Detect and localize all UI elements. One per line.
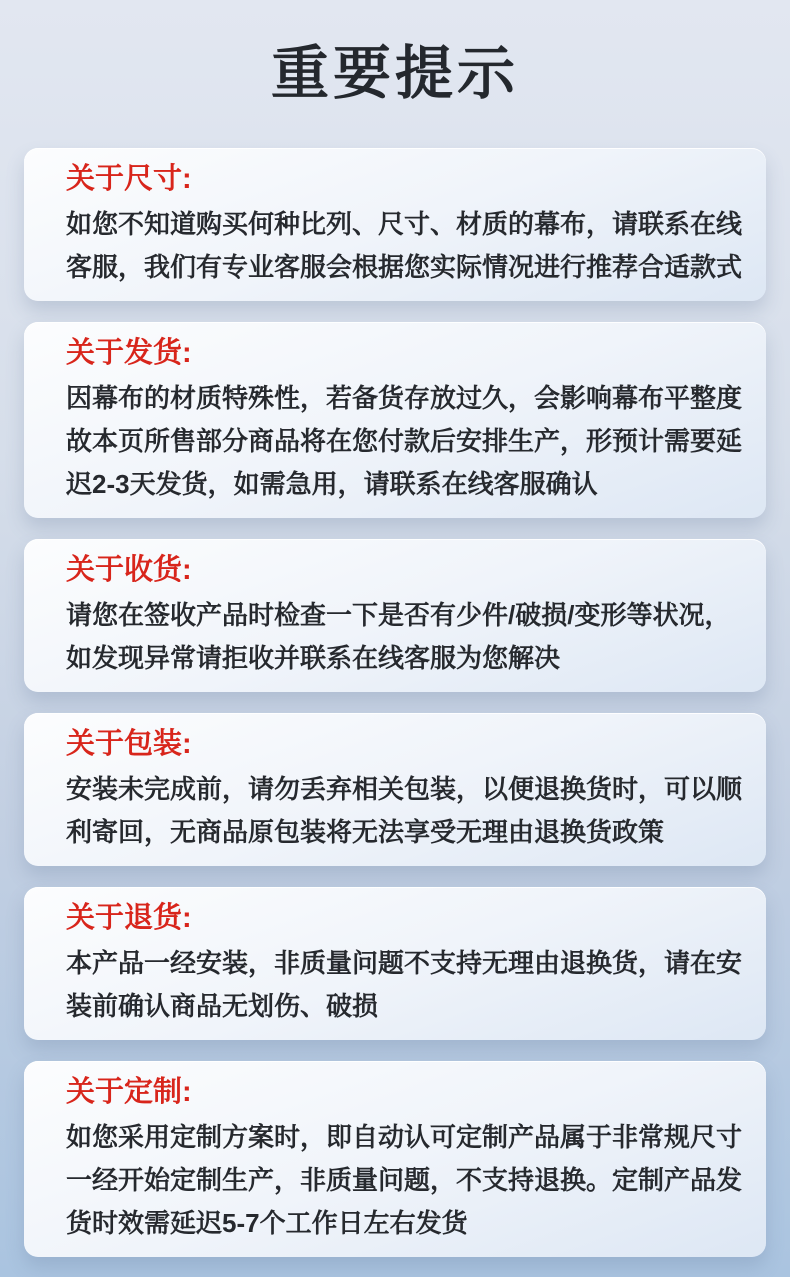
section-body: 如您不知道购买何种比列、尺寸、材质的幕布，请联系在线客服，我们有专业客服会根据您… [66, 203, 748, 289]
notice-card-receiving: 关于收货: 请您在签收产品时检查一下是否有少件/破损/变形等状况，如发现异常请拒… [24, 539, 766, 692]
notice-card-customization: 关于定制: 如您采用定制方案时，即自动认可定制产品属于非常规尺寸一经开始定制生产… [24, 1061, 766, 1257]
section-body: 如您采用定制方案时，即自动认可定制产品属于非常规尺寸一经开始定制生产，非质量问题… [66, 1116, 748, 1245]
section-heading: 关于收货: [66, 553, 748, 587]
page-title: 重要提示 [0, 0, 790, 114]
section-heading: 关于发货: [66, 336, 748, 370]
notice-card-list: 关于尺寸: 如您不知道购买何种比列、尺寸、材质的幕布，请联系在线客服，我们有专业… [0, 114, 790, 1257]
section-body: 安装未完成前，请勿丢弃相关包装，以便退换货时，可以顺利寄回，无商品原包装将无法享… [66, 768, 748, 854]
section-heading: 关于尺寸: [66, 162, 748, 196]
notice-card-packaging: 关于包装: 安装未完成前，请勿丢弃相关包装，以便退换货时，可以顺利寄回，无商品原… [24, 713, 766, 866]
notice-page: 重要提示 关于尺寸: 如您不知道购买何种比列、尺寸、材质的幕布，请联系在线客服，… [0, 0, 790, 1277]
notice-card-shipping: 关于发货: 因幕布的材质特殊性，若备货存放过久，会影响幕布平整度故本页所售部分商… [24, 322, 766, 518]
section-body: 请您在签收产品时检查一下是否有少件/破损/变形等状况，如发现异常请拒收并联系在线… [66, 594, 748, 680]
section-body: 本产品一经安装，非质量问题不支持无理由退换货，请在安装前确认商品无划伤、破损 [66, 942, 748, 1028]
section-heading: 关于定制: [66, 1075, 748, 1109]
section-body: 因幕布的材质特殊性，若备货存放过久，会影响幕布平整度故本页所售部分商品将在您付款… [66, 377, 748, 506]
notice-card-returns: 关于退货: 本产品一经安装，非质量问题不支持无理由退换货，请在安装前确认商品无划… [24, 887, 766, 1040]
section-heading: 关于包装: [66, 727, 748, 761]
section-heading: 关于退货: [66, 901, 748, 935]
notice-card-size: 关于尺寸: 如您不知道购买何种比列、尺寸、材质的幕布，请联系在线客服，我们有专业… [24, 148, 766, 301]
